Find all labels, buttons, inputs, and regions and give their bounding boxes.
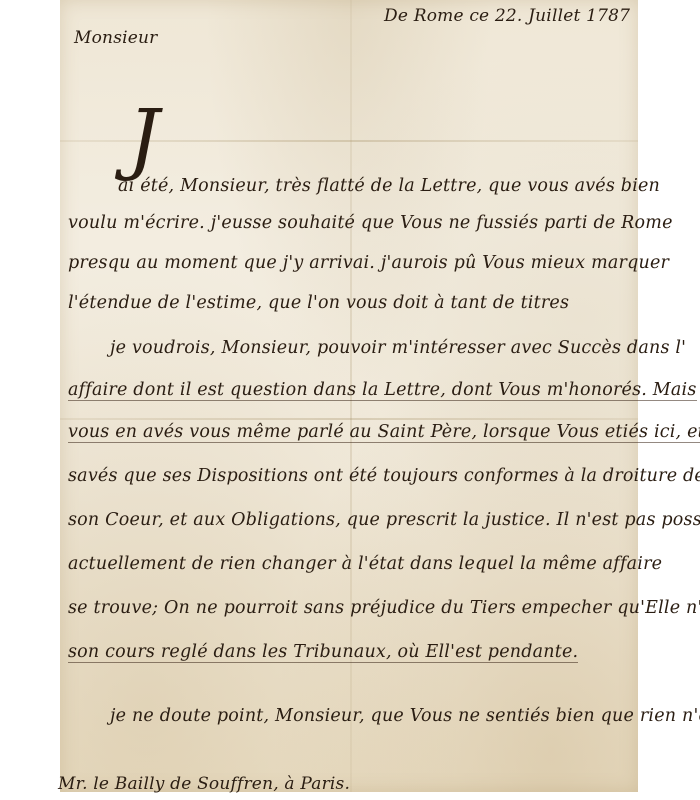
dateline: De Rome ce 22. Juillet 1787	[384, 6, 630, 26]
drop-cap-initial: J	[128, 100, 159, 178]
letter-line: affaire dont il est question dans la Let…	[68, 380, 697, 401]
letter-page: De Rome ce 22. Juillet 1787 Monsieur J a…	[60, 0, 638, 792]
letter-line: presqu au moment que j'y arrivai. j'auro…	[68, 253, 669, 273]
letter-line: actuellement de rien changer à l'état da…	[68, 554, 662, 574]
letter-line: son Coeur, et aux Obligations, que presc…	[68, 510, 700, 530]
letter-line: son cours reglé dans les Tribunaux, où E…	[68, 642, 578, 663]
salutation: Monsieur	[74, 28, 158, 48]
letter-line: vous en avés vous même parlé au Saint Pè…	[68, 422, 700, 443]
letter-line: ai été, Monsieur, très flatté de la Lett…	[118, 176, 660, 196]
letter-line: savés que ses Dispositions ont été toujo…	[68, 466, 700, 486]
letter-line: se trouve; On ne pourroit sans préjudice…	[68, 598, 700, 618]
paper-fold	[60, 418, 638, 420]
letter-line: je voudrois, Monsieur, pouvoir m'intéres…	[110, 338, 686, 358]
letter-line: je ne doute point, Monsieur, que Vous ne…	[110, 706, 700, 726]
recipient-address: Mr. le Bailly de Souffren, à Paris.	[58, 774, 350, 794]
letter-line: voulu m'écrire. j'eusse souhaité que Vou…	[68, 213, 673, 233]
letter-line: l'étendue de l'estime, que l'on vous doi…	[68, 293, 569, 313]
